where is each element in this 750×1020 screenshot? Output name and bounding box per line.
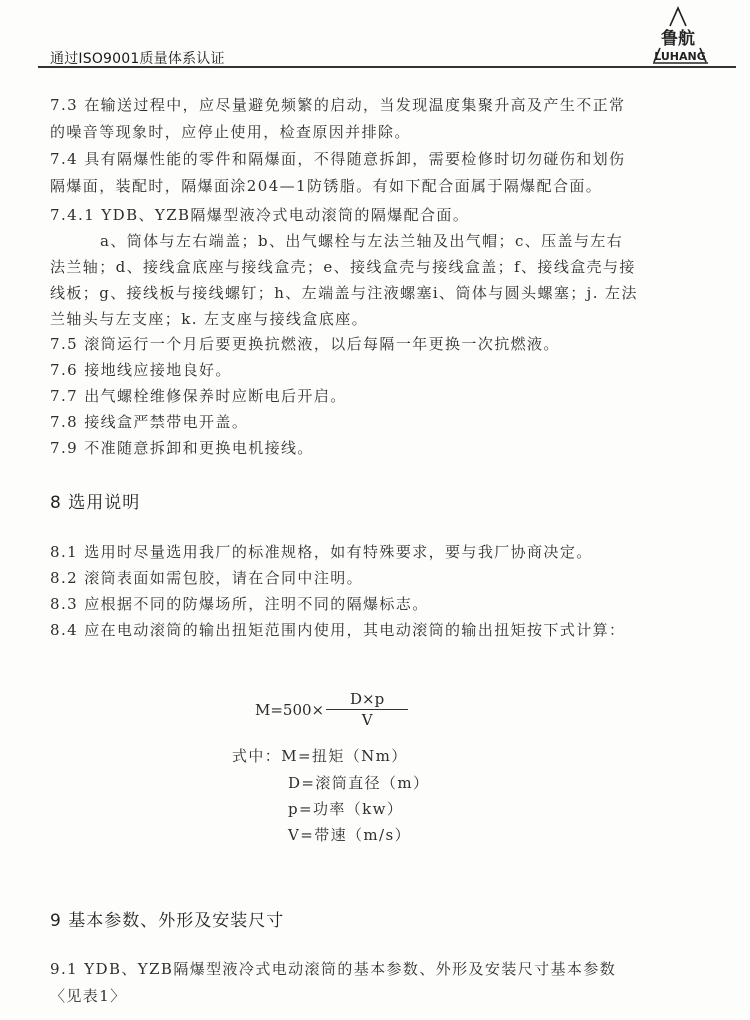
paragraph-line: 〈见表1〉 <box>50 985 127 1006</box>
formula-lhs: M=500× <box>255 701 324 719</box>
section-9-heading: 9 基本参数、外形及安装尺寸 <box>50 906 284 931</box>
paragraph-line: 7.7 出气螺栓维修保养时应断电后开启。 <box>50 385 347 406</box>
paragraph-line: 8.4 应在电动滚筒的输出扭矩范围内使用，其电动滚筒的输出扭矩按下式计算： <box>50 619 625 640</box>
formula-numerator: D×p <box>326 690 408 710</box>
paragraph-line: 7.4 具有隔爆性能的零件和隔爆面，不得随意拆卸，需要检修时切勿碰伤和划伤 <box>50 148 625 169</box>
formula-fraction: D×p V <box>326 690 408 729</box>
paragraph-line: D=滚筒直径（m） <box>288 772 429 793</box>
paragraph-line: 7.4.1 YDB、YZB隔爆型液冷式电动滚筒的隔爆配合面。 <box>50 204 469 225</box>
paragraph-line: p=功率（kw） <box>288 798 403 819</box>
paragraph-line: 7.9 不准随意拆卸和更换电机接线。 <box>50 437 314 458</box>
paragraph-line: 法兰轴；d、接线盒底座与接线盒壳；e、接线盒壳与接线盒盖；f、接线盒壳与接 <box>50 256 636 277</box>
paragraph-line: 7.3 在输送过程中，应尽量避免频繁的启动，当发现温度集聚升高及产生不正常 <box>50 94 625 115</box>
paragraph-line: 兰轴头与左支座；k. 左支座与接线盒底座。 <box>50 308 368 329</box>
logo-latin: LUHANG <box>654 50 706 63</box>
torque-formula: M=500× D×p V <box>255 690 408 729</box>
paragraph-line: 7.5 滚筒运行一个月后要更换抗燃液，以后每隔一年更换一次抗燃液。 <box>50 333 560 354</box>
paragraph-line: a、筒体与左右端盖；b、出气螺栓与左法兰轴及出气帽；c、压盖与左右 <box>100 230 623 251</box>
paragraph-line: 9.1 YDB、YZB隔爆型液冷式电动滚筒的基本参数、外形及安装尺寸基本参数 <box>50 958 616 979</box>
paragraph-line: 7.6 接地线应接地良好。 <box>50 359 232 380</box>
paragraph-line: 8.3 应根据不同的防爆场所，注明不同的隔爆标志。 <box>50 593 429 614</box>
logo-chars: 鲁航 <box>661 28 695 49</box>
paragraph-line: 的噪音等现象时，应停止使用，检查原因并排除。 <box>50 121 411 142</box>
paragraph-line: 8.1 选用时尽量选用我厂的标准规格，如有特殊要求，要与我厂协商决定。 <box>50 541 593 562</box>
header-divider <box>38 66 736 68</box>
certification-label: 通过ISO9001质量体系认证 <box>50 48 225 68</box>
section-8-heading: 8 选用说明 <box>50 488 140 513</box>
paragraph-line: 线板；g、接线板与接线螺钉；h、左端盖与注液螺塞i、筒体与圆头螺塞；j. 左法 <box>50 282 638 303</box>
paragraph-line: 隔爆面，装配时，隔爆面涂204—1防锈脂。有如下配合面属于隔爆配合面。 <box>50 175 602 196</box>
paragraph-line: 7.8 接线盒严禁带电开盖。 <box>50 411 248 432</box>
triangle-logo-icon: 鲁航 LUHANG <box>648 4 720 66</box>
formula-denominator: V <box>362 710 373 729</box>
paragraph-line: 8.2 滚筒表面如需包胶，请在合同中注明。 <box>50 567 363 588</box>
paragraph-line: 式中：M=扭矩（Nm） <box>232 745 408 766</box>
paragraph-line: V=带速（m/s） <box>288 824 411 845</box>
